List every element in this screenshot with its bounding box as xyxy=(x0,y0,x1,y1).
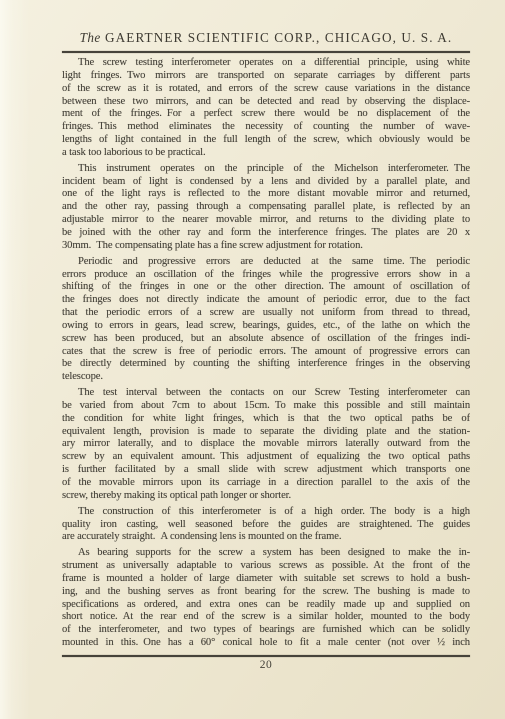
header-rule xyxy=(62,51,470,53)
text-line: ing, and the bushing serves as front bea… xyxy=(62,586,470,599)
text-line: screw has been produced, but an absolute… xyxy=(62,333,470,346)
text-line: between these two mirrors, and can be de… xyxy=(62,96,470,109)
text-line: The construction of this interferometer … xyxy=(62,506,470,519)
text-line: strument as universally adaptable to var… xyxy=(62,560,470,573)
text-line: that the periodic errors of a screw are … xyxy=(62,307,470,320)
text-line: adjustable mirror to the nearer movable … xyxy=(62,214,470,227)
text-line: of the screw as it is rotated, and error… xyxy=(62,83,470,96)
text-line: 30mm. The compensating plate has a fine … xyxy=(62,240,470,253)
text-line: of the movable mirrors upon its carriage… xyxy=(62,477,470,490)
header-title: GAERTNER SCIENTIFIC CORP., CHICAGO, U. S… xyxy=(105,30,452,45)
text-line: This instrument operates on the principl… xyxy=(62,163,470,176)
text-line: ary mirror laterally, and to displace th… xyxy=(62,438,470,451)
scanned-catalog-page: The GAERTNER SCIENTIFIC CORP., CHICAGO, … xyxy=(0,0,505,719)
paragraph: The construction of this interferometer … xyxy=(62,506,470,545)
text-line: telescope. xyxy=(62,371,470,384)
text-line: the fringes does not directly indicate t… xyxy=(62,294,470,307)
text-line: errors produce an oscillation of the fri… xyxy=(62,269,470,282)
text-line: be joined with the other ray and form th… xyxy=(62,227,470,240)
text-line: be varied from about 7cm to about 15cm. … xyxy=(62,400,470,413)
text-line: light fringes. Two mirrors are transport… xyxy=(62,70,470,83)
page-header: The GAERTNER SCIENTIFIC CORP., CHICAGO, … xyxy=(62,30,470,46)
text-line: cates that the screw is free of periodic… xyxy=(62,346,470,359)
text-line: The screw testing interferometer operate… xyxy=(62,57,470,70)
text-line: and the other ray, passing through a com… xyxy=(62,201,470,214)
text-line: are accurately straight. A condensing le… xyxy=(62,531,470,544)
text-line: be directly determined by counting the s… xyxy=(62,358,470,371)
text-line: screw by an equivalent amount. This adju… xyxy=(62,451,470,464)
paragraph: This instrument operates on the principl… xyxy=(62,163,470,253)
text-line: fringes. This method eliminates the nece… xyxy=(62,121,470,134)
text-line: frame is mounted a holder of large diame… xyxy=(62,573,470,586)
text-line: is further facilitated by a small slide … xyxy=(62,464,470,477)
text-line: The test interval between the contacts o… xyxy=(62,387,470,400)
text-line: of the interferometer, and two types of … xyxy=(62,624,470,637)
text-line: Periodic and progressive errors are dedu… xyxy=(62,256,470,269)
header-title-italic: The xyxy=(80,30,101,45)
text-line: mounted in this. One has a 60° conical h… xyxy=(62,637,470,650)
paragraph: The test interval between the contacts o… xyxy=(62,387,470,503)
text-line: ment of the fringes. For a perfect screw… xyxy=(62,108,470,121)
text-line: the condition for white light fringes, w… xyxy=(62,413,470,426)
text-line: incident beam of light is condensed by a… xyxy=(62,176,470,189)
page-number: 20 xyxy=(62,659,470,671)
footer-rule xyxy=(62,655,470,657)
text-line: lengths of light contained in the full l… xyxy=(62,134,470,147)
paragraph: As bearing supports for the screw a syst… xyxy=(62,547,470,650)
paragraph: Periodic and progressive errors are dedu… xyxy=(62,256,470,384)
text-line: shifting of the fringes in one or the ot… xyxy=(62,281,470,294)
text-line: equivalent length, provision is made to … xyxy=(62,426,470,439)
text-line: short notice. At the rear end of the scr… xyxy=(62,611,470,624)
paragraph: The screw testing interferometer operate… xyxy=(62,57,470,160)
text-line: one of the light rays is reflected to th… xyxy=(62,188,470,201)
text-line: specifications as ordered, and extra one… xyxy=(62,599,470,612)
text-line: a task too laborious to be practical. xyxy=(62,147,470,160)
text-line: owing to errors in gears, lead screw, be… xyxy=(62,320,470,333)
text-line: As bearing supports for the screw a syst… xyxy=(62,547,470,560)
body-text: The screw testing interferometer operate… xyxy=(62,57,470,650)
text-line: quality iron casting, well seasoned befo… xyxy=(62,519,470,532)
text-line: screw, thereby making its optical path l… xyxy=(62,490,470,503)
